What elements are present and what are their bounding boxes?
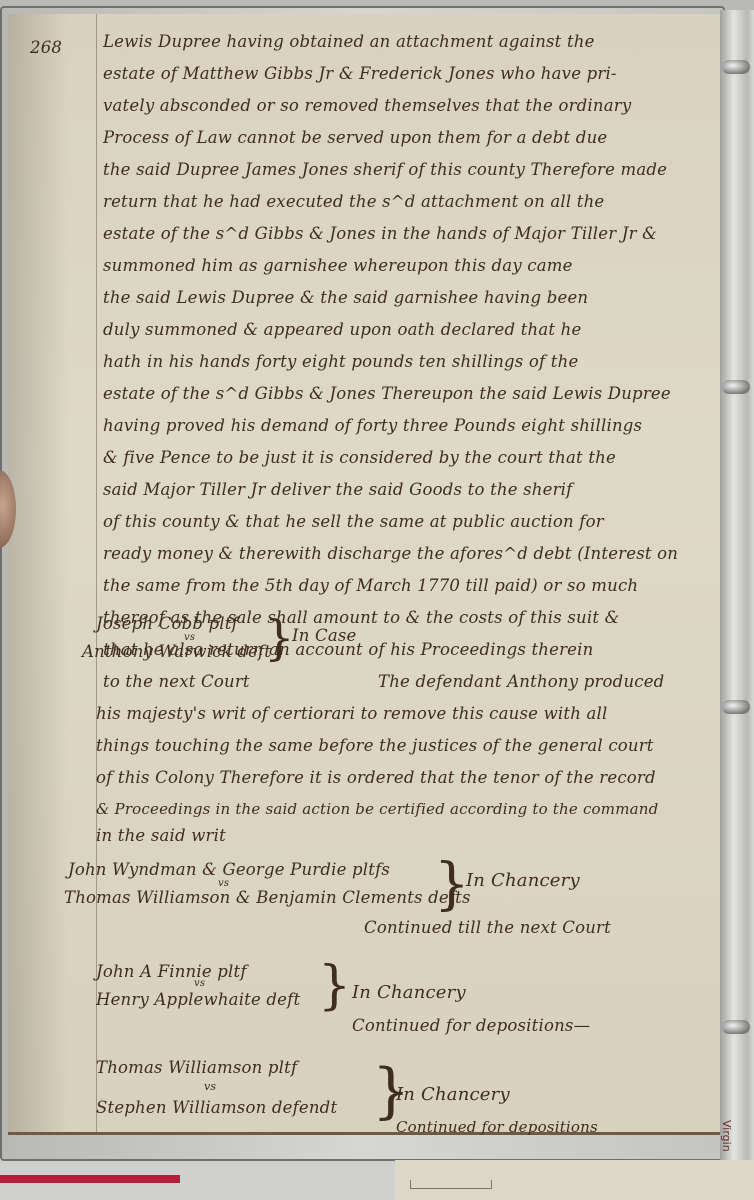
side-label: Virgin xyxy=(720,1120,733,1152)
underlying-paper xyxy=(395,1160,754,1200)
text-line: estate of the s^d Gibbs & Jones Thereupo… xyxy=(103,384,671,403)
text-line: summoned him as garnishee whereupon this… xyxy=(103,256,573,275)
case-entry-wyndman-williamson: John Wyndman & George Purdie pltfs vs Th… xyxy=(68,860,708,950)
text-line: vately absconded or so removed themselve… xyxy=(103,96,631,115)
text-line: of this county & that he sell the same a… xyxy=(103,512,604,531)
text-line: ready money & therewith discharge the af… xyxy=(103,544,678,563)
brace-icon: } xyxy=(318,956,351,1016)
court-type: In Chancery xyxy=(466,870,580,891)
defendant-name: Anthony Warwick deft xyxy=(82,642,271,661)
court-type: In Chancery xyxy=(352,982,466,1003)
text-line: estate of the s^d Gibbs & Jones in the h… xyxy=(103,224,657,243)
order-line: things touching the same before the just… xyxy=(96,736,654,755)
plaintiff-name: Joseph Cobb pltf xyxy=(96,614,238,633)
text-line: the said Dupree James Jones sherif of th… xyxy=(103,160,667,179)
disposition: Continued till the next Court xyxy=(364,918,611,937)
manuscript-page: 268 Lewis Dupree having obtained an atta… xyxy=(8,14,720,1135)
text-line: said Major Tiller Jr deliver the said Go… xyxy=(103,480,572,499)
case-entry-williamson-williamson: Thomas Williamson pltf vs Stephen Willia… xyxy=(96,1058,696,1138)
text-line: Process of Law cannot be served upon the… xyxy=(103,128,607,147)
order-line: The defendant Anthony produced xyxy=(378,672,664,691)
plaintiff-name: Thomas Williamson pltf xyxy=(96,1058,297,1077)
text-line: return that he had executed the s^d atta… xyxy=(103,192,604,211)
binder-ring-icon xyxy=(722,700,750,714)
court-type: In Chancery xyxy=(396,1084,510,1105)
brace-icon: } xyxy=(434,852,470,917)
text-line: the said Lewis Dupree & the said garnish… xyxy=(103,288,588,307)
order-line: of this Colony Therefore it is ordered t… xyxy=(96,768,656,787)
binder-ring-icon xyxy=(722,1020,750,1034)
binding-edge xyxy=(0,1175,180,1183)
text-line: hath in his hands forty eight pounds ten… xyxy=(103,352,578,371)
text-line: estate of Matthew Gibbs Jr & Frederick J… xyxy=(103,64,617,83)
disposition: Continued for depositions xyxy=(396,1118,598,1136)
binder-spine xyxy=(720,10,754,1160)
text-line: duly summoned & appeared upon oath decla… xyxy=(103,320,581,339)
versus-mark: vs xyxy=(194,978,205,989)
plaintiff-name: John A Finnie pltf xyxy=(96,962,247,981)
brace-icon: } xyxy=(264,610,295,666)
defendant-name: Thomas Williamson & Benjamin Clements de… xyxy=(64,888,471,907)
text-line: Lewis Dupree having obtained an attachme… xyxy=(103,32,595,51)
form-box xyxy=(410,1180,492,1189)
order-line: in the said writ xyxy=(96,826,226,845)
disposition: Continued for depositions— xyxy=(352,1016,590,1035)
binder-ring-icon xyxy=(722,60,750,74)
page-shadow xyxy=(8,14,68,1132)
defendant-name: Stephen Williamson defendt xyxy=(96,1098,337,1117)
defendant-name: Henry Applewhaite deft xyxy=(96,990,300,1009)
binder-ring-icon xyxy=(722,380,750,394)
case-entry-finnie-applewhaite: John A Finnie pltf vs Henry Applewhaite … xyxy=(96,962,696,1042)
court-type: In Case xyxy=(292,626,356,645)
text-line: & five Pence to be just it is considered… xyxy=(103,448,616,467)
order-line: & Proceedings in the said action be cert… xyxy=(96,800,658,818)
page-number: 268 xyxy=(30,38,62,57)
text-line: the same from the 5th day of March 1770 … xyxy=(103,576,638,595)
plaintiff-name: John Wyndman & George Purdie pltfs xyxy=(68,860,390,879)
order-line: his majesty's writ of certiorari to remo… xyxy=(96,704,607,723)
case-entry-cobb-warwick: Joseph Cobb pltf vs Anthony Warwick deft… xyxy=(96,614,716,844)
versus-mark: vs xyxy=(204,1080,216,1093)
text-line: having proved his demand of forty three … xyxy=(103,416,642,435)
